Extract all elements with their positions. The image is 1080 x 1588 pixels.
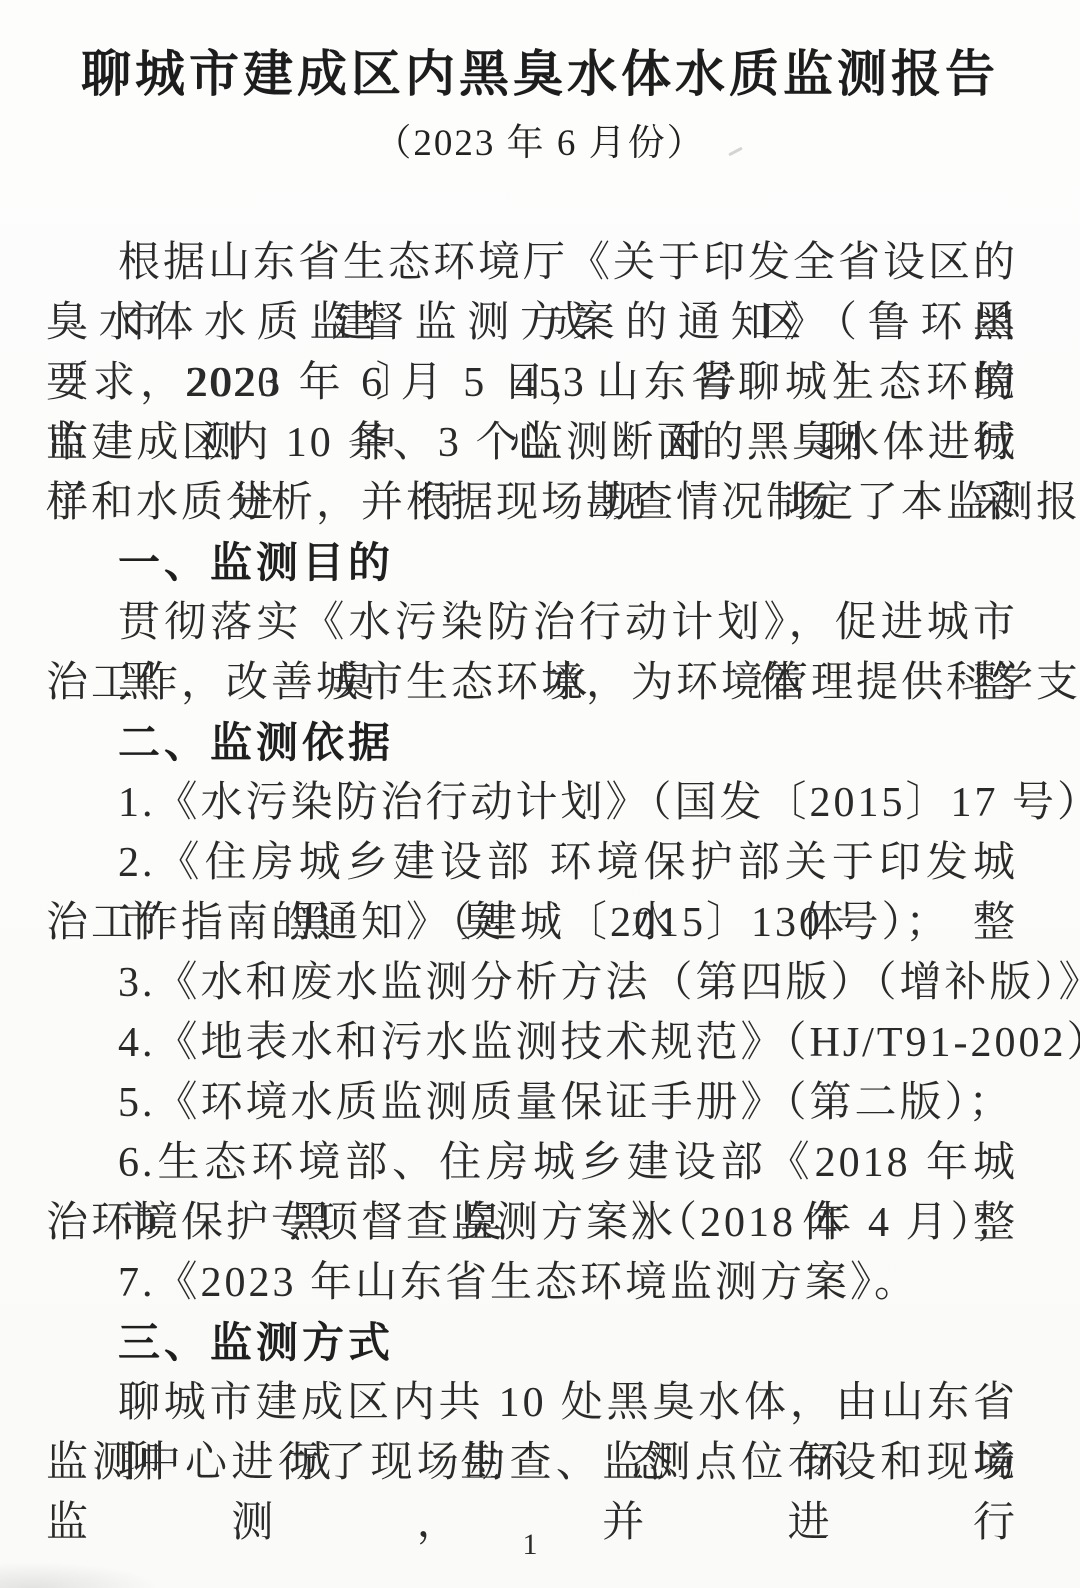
- text-line: 7.《2023 年山东省生态环境监测方案》。: [46, 1253, 1018, 1313]
- document-subtitle: （2023 年 6 月份）: [0, 120, 1080, 168]
- document-title: 聊城市建成区内黑臭水体水质监测报告: [0, 0, 1080, 110]
- text-line: 治工作，改善城市生态环境，为环境管理提供科学支撑。: [46, 653, 1018, 713]
- scan-corner-shadow: [0, 1562, 160, 1588]
- document-body: 根据山东省生态环境厅《关于印发全省设区的市建成区黑臭水体水质监督监测方案的通知》…: [46, 233, 1018, 1493]
- section-heading: 一、监测目的: [46, 533, 1018, 593]
- text-line: 2.《住房城乡建设部 环境保护部关于印发城市黑臭水体整: [46, 833, 1018, 893]
- text-line: 样和水质分析，并根据现场勘查情况制定了本监测报告。: [46, 473, 1018, 533]
- page-number: 1: [0, 1528, 1070, 1562]
- text-line: 6.生态环境部、住房城乡建设部《2018 年城市黑臭水体整: [46, 1133, 1018, 1193]
- section-heading: 二、监测依据: [46, 713, 1018, 773]
- text-line: 臭水体水质监督监测方案的通知》（鲁环函〔2020〕453 号）的: [46, 293, 1018, 353]
- text-line: 3.《水和废水监测分析方法（第四版）（增补版）》；: [46, 953, 1018, 1013]
- text-line: 监测中心进行了现场勘查、监测点位布设和现场监测，并进行: [46, 1433, 1018, 1493]
- text-line: 要求，2023 年 6 月 5 日，山东省聊城生态环境监测中心对聊城: [46, 353, 1018, 413]
- text-line: 治环境保护专项督查监测方案》（2018 年 4 月）；: [46, 1193, 1018, 1253]
- text-line: 根据山东省生态环境厅《关于印发全省设区的市建成区黑: [46, 233, 1018, 293]
- section-heading: 三、监测方式: [46, 1313, 1018, 1373]
- text-line: 4.《地表水和污水监测技术规范》（HJ/T91-2002）；: [46, 1013, 1018, 1073]
- document-page: 聊城市建成区内黑臭水体水质监测报告 （2023 年 6 月份） 根据山东省生态环…: [0, 0, 1080, 1588]
- text-line: 5.《环境水质监测质量保证手册》（第二版）；: [46, 1073, 1018, 1133]
- text-line: 聊城市建成区内共 10 处黑臭水体，由山东省聊城生态环境: [46, 1373, 1018, 1433]
- text-line: 治工作指南的通知》（建城〔2015〕130 号）；: [46, 893, 1018, 953]
- text-line: 贯彻落实《水污染防治行动计划》，促进城市黑臭水体整: [46, 593, 1018, 653]
- text-line: 市建成区内 10 条、3 个监测断面的黑臭水体进行了进行现场采: [46, 413, 1018, 473]
- text-line: 1.《水污染防治行动计划》（国发〔2015〕17 号）；: [46, 773, 1018, 833]
